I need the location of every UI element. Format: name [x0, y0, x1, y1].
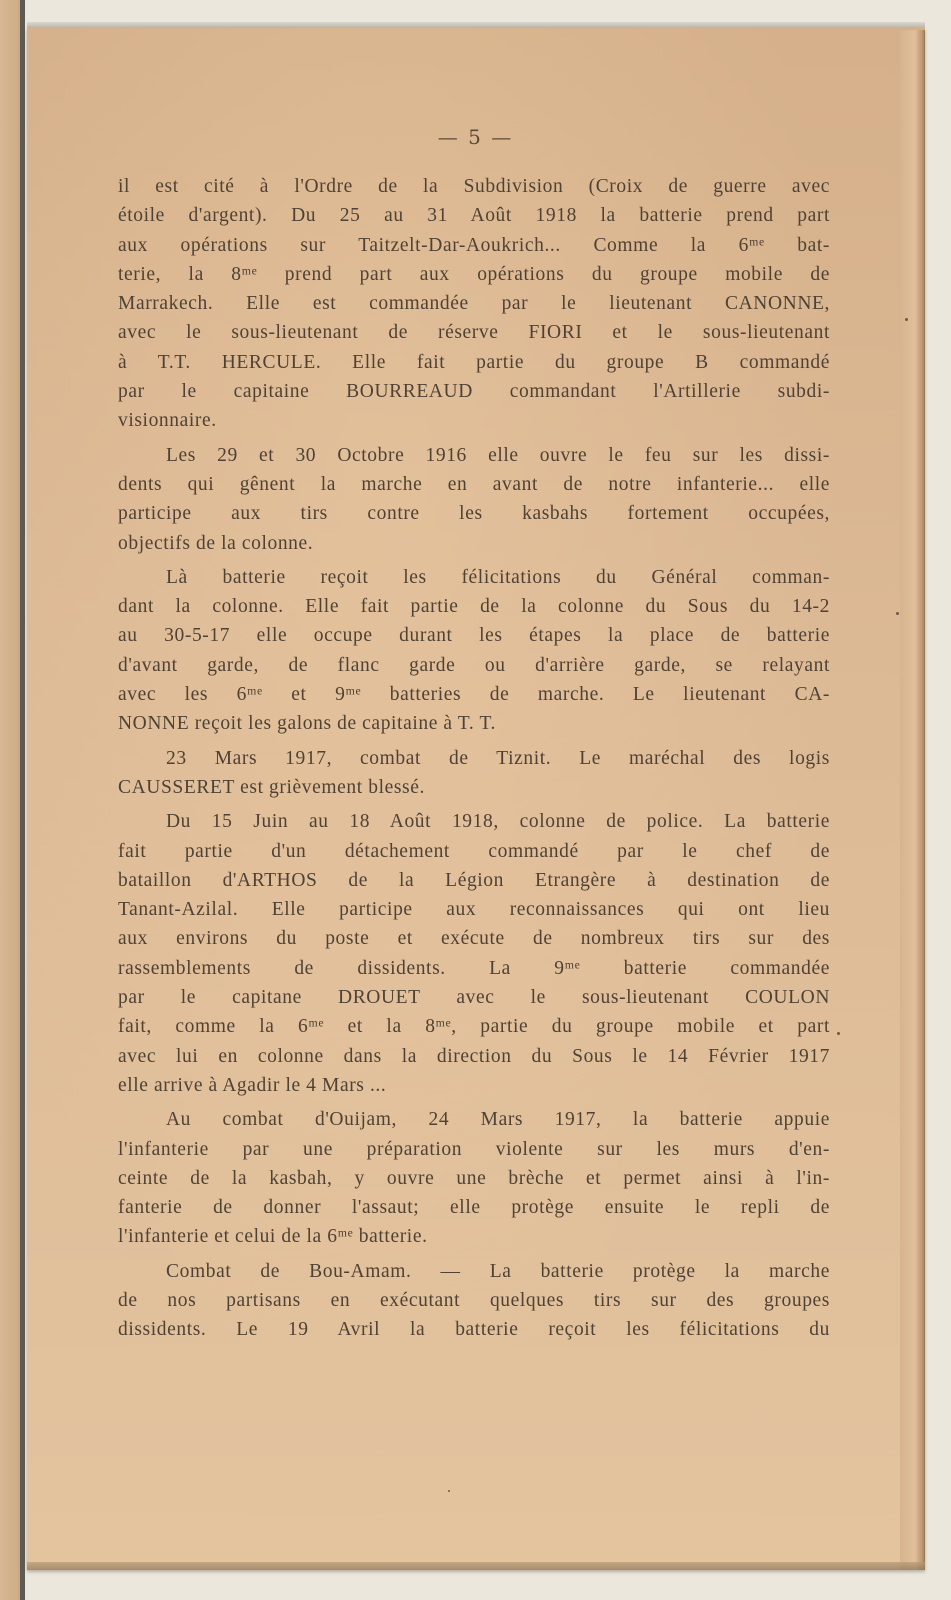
text-line: il est cité à l'Ordre de la Subdivision …	[118, 172, 830, 201]
body-text: il est cité à l'Ordre de la Subdivision …	[118, 172, 830, 1345]
text-line: objectifs de la colonne.	[118, 529, 830, 558]
text-line: rassemblements de dissidents. La 9ᵐᵉ bat…	[118, 954, 830, 983]
text-line: aux opérations sur Taitzelt-Dar-Aoukrich…	[118, 231, 830, 260]
page-number: — 5 —	[0, 125, 951, 149]
text-line: ceinte de la kasbah, y ouvre une brèche …	[118, 1164, 830, 1193]
text-line: Marrakech. Elle est commandée par le lie…	[118, 289, 830, 318]
text-line: Combat de Bou-Amam. — La batterie protèg…	[118, 1257, 830, 1286]
text-line: au 30-5-17 elle occupe durant les étapes…	[118, 621, 830, 650]
text-line: étoile d'argent). Du 25 au 31 Août 1918 …	[118, 201, 830, 230]
text-line: avec les 6ᵐᵉ et 9ᵐᵉ batteries de marche.…	[118, 680, 830, 709]
text-line: bataillon d'ARTHOS de la Légion Etrangèr…	[118, 866, 830, 895]
text-line: fait partie d'un détachement commandé pa…	[118, 837, 830, 866]
text-line: Au combat d'Ouijam, 24 Mars 1917, la bat…	[118, 1105, 830, 1134]
text-line: 23 Mars 1917, combat de Tiznit. Le maréc…	[118, 744, 830, 773]
text-line: par le capitane DROUET avec le sous-lieu…	[118, 983, 830, 1012]
text-line: dents qui gênent la marche en avant de n…	[118, 470, 830, 499]
text-line: CAUSSERET est grièvement blessé.	[118, 773, 830, 802]
text-line: avec le sous-lieutenant de réserve FIORI…	[118, 318, 830, 347]
text-line: aux environs du poste et exécute de nomb…	[118, 924, 830, 953]
text-line: visionnaire.	[118, 406, 830, 435]
paper-speck	[896, 612, 899, 615]
paper-speck	[905, 318, 908, 321]
text-line: l'infanterie par une préparation violent…	[118, 1135, 830, 1164]
text-line: NONNE reçoit les galons de capitaine à T…	[118, 709, 830, 738]
text-line: Là batterie reçoit les félicitations du …	[118, 563, 830, 592]
binding-edge	[20, 0, 25, 1600]
text-line: d'avant garde, de flanc garde ou d'arriè…	[118, 651, 830, 680]
text-line: par le capitaine BOURREAUD commandant l'…	[118, 377, 830, 406]
text-line: participe aux tirs contre les kasbahs fo…	[118, 499, 830, 528]
text-line: Les 29 et 30 Octobre 1916 elle ouvre le …	[118, 441, 830, 470]
page-right-fold	[900, 30, 925, 1570]
text-line: dant la colonne. Elle fait partie de la …	[118, 592, 830, 621]
text-line: de nos partisans en exécutant quelques t…	[118, 1286, 830, 1315]
text-line: à T.T. HERCULE. Elle fait partie du grou…	[118, 348, 830, 377]
text-line: fait, comme la 6ᵐᵉ et la 8ᵐᵉ, partie du …	[118, 1012, 830, 1041]
page-bottom-edge	[27, 1562, 925, 1570]
text-line: terie, la 8ᵐᵉ prend part aux opérations …	[118, 260, 830, 289]
text-line: l'infanterie et celui de la 6ᵐᵉ batterie…	[118, 1222, 830, 1251]
text-line: fanterie de donner l'assaut; elle protèg…	[118, 1193, 830, 1222]
text-line: dissidents. Le 19 Avril la batterie reço…	[118, 1315, 830, 1344]
text-line: elle arrive à Agadir le 4 Mars ...	[118, 1071, 830, 1100]
text-line: Tanant-Azilal. Elle participe aux reconn…	[118, 895, 830, 924]
paper-speck	[837, 1032, 840, 1035]
paper-speck	[448, 1490, 450, 1492]
text-line: Du 15 Juin au 18 Août 1918, colonne de p…	[118, 807, 830, 836]
text-line: avec lui en colonne dans la direction du…	[118, 1042, 830, 1071]
